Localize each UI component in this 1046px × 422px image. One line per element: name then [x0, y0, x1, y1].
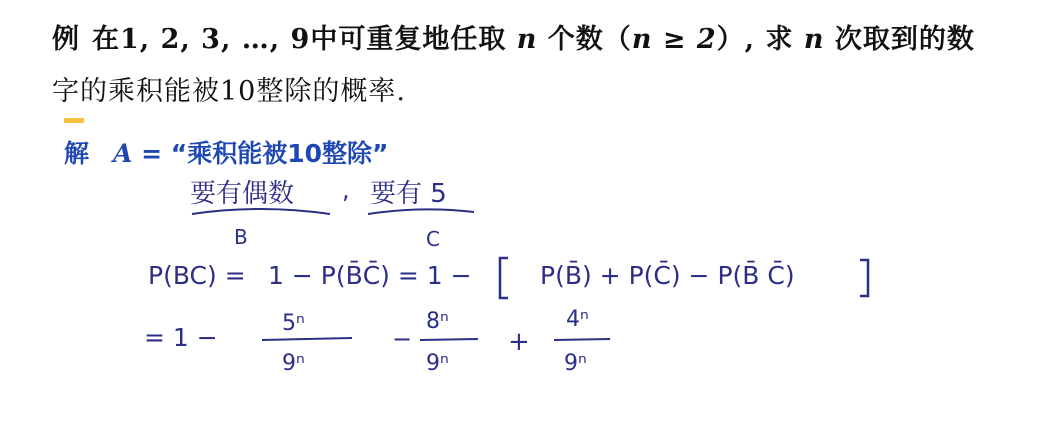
right-bracket — [860, 260, 868, 296]
note-even: 要有偶数 — [190, 179, 294, 209]
eq1-lhs: P(BC) = — [148, 261, 246, 290]
eq1-terms: P(B̄) + P(C̄) − P(B̄ C̄) — [540, 260, 795, 290]
label-b: B — [234, 225, 248, 249]
underbrace-c — [368, 209, 474, 214]
svg-text:−: − — [392, 325, 412, 353]
frac2-num: 8ⁿ — [426, 309, 449, 334]
frac3-num: 4ⁿ — [566, 307, 589, 332]
underbrace-b — [192, 209, 330, 214]
frac2-den: 9ⁿ — [426, 351, 449, 376]
label-c: C — [426, 227, 440, 251]
eq2-prefix: = 1 − — [144, 323, 218, 352]
frac3-den: 9ⁿ — [564, 351, 587, 376]
eq1-mid: 1 − P(B̄C̄) = 1 − — [268, 260, 472, 290]
handwritten-work: 要有偶数 , 要有 5 B C P(BC) = 1 − P(B̄C̄) = 1 … — [0, 0, 1046, 422]
svg-text:+: + — [508, 327, 530, 357]
note-five: 要有 5 — [370, 179, 447, 209]
left-bracket — [500, 258, 508, 298]
svg-text:,: , — [342, 176, 350, 204]
frac1-num: 5ⁿ — [282, 311, 305, 336]
frac1-den: 9ⁿ — [282, 351, 305, 376]
